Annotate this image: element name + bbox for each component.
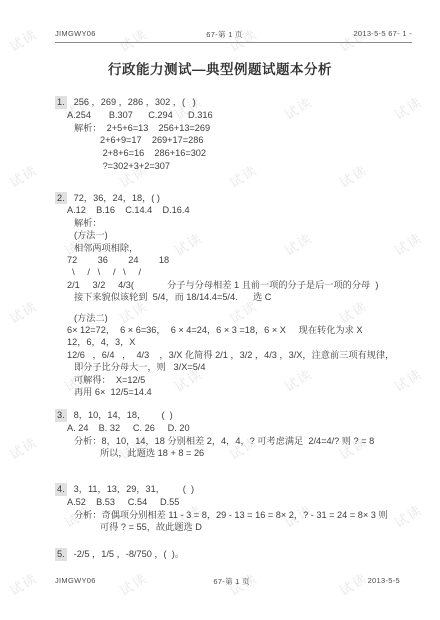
- solution-line: 分析：奇偶项分别相差 11 - 3 = 8，29 - 13 = 16 = 8× …: [55, 509, 415, 522]
- solution-line: (方法二): [55, 312, 415, 324]
- watermark: 试读: [5, 159, 41, 191]
- watermark: 试读: [5, 23, 41, 55]
- answer-options: A.12 B.16 C.14.4 D.16.4: [55, 204, 415, 216]
- problem-3: 3.8，10，14，18， ( ) A. 24 B. 32 C. 26 D. 2…: [55, 409, 415, 460]
- problem-1: 1.256 ，269 ，286 ，302 ，( ) A.254 B.307 C.…: [55, 96, 415, 173]
- problem-question: 4.3，11，13，29，31， ( ): [55, 483, 415, 496]
- solution-line: 72 36 24 18: [55, 254, 415, 266]
- question-sequence: 256 ，269 ，286 ，302 ，( ): [74, 97, 196, 107]
- footer-page-number: 67-第 1 页: [213, 576, 250, 587]
- problem-question: 5.-2/5 ，1/5 ，-8/750 ，( )。: [55, 548, 415, 561]
- solution-line: (方法一): [55, 229, 415, 241]
- solution-line: 再用 6× 12/5=14.4: [55, 386, 415, 398]
- header-page-number: 67-第 1 页: [206, 29, 243, 40]
- solution-line: 2+6+9=17 269+17=286: [55, 134, 415, 147]
- solution-line: 接下来貌似该轮到 5/4，而 18/14.4=5/4. 选 C: [55, 291, 415, 303]
- problem-question: 2.72，36，24，18，( ): [55, 192, 415, 204]
- solution-line: 6× 12=72， 6 × 6=36， 6 × 4=24，6 × 3 =18，6…: [55, 324, 415, 336]
- document-page: 试读 试读 试读 试读 试读 试读 试读 试读 试读 试读 试读 试读 试读 试…: [0, 0, 440, 620]
- header-date: 2013-5-5 67- 1 -: [353, 29, 412, 40]
- problem-number: 4.: [55, 483, 67, 496]
- footer-date: 2013-5-5: [368, 576, 400, 587]
- answer-options: A.254 B.307 C.294 D.316: [55, 109, 415, 122]
- question-sequence: 8，10，14，18， ( ): [74, 410, 173, 420]
- solution-line: 12/6 ，6/4 ， 4/3 ，3/X 化简得 2/1 ，3/2 ，4/3 ，…: [55, 349, 415, 361]
- problem-number: 5.: [55, 548, 67, 561]
- problem-question: 1.256 ，269 ，286 ，302 ，( ): [55, 96, 415, 109]
- question-sequence: -2/5 ，1/5 ，-8/750 ，( )。: [74, 549, 184, 559]
- watermark: 试读: [5, 431, 41, 463]
- problem-4: 4.3，11，13，29，31， ( ) A.52 B.53 C.54 D.55…: [55, 483, 415, 534]
- solution-line: 可得 ? = 55，故此题选 D: [55, 521, 415, 534]
- solution-line: 相邻两项相除，: [55, 242, 415, 254]
- solution-line: 分析：8，10，14，18 分别相差 2，4，4，? 可考虑满足 2/4=4/?…: [55, 435, 415, 448]
- problem-number: 2.: [55, 192, 67, 204]
- problem-5: 5.-2/5 ，1/5 ，-8/750 ，( )。: [55, 548, 415, 561]
- page-title: 行政能力测试—典型例题试题本分析: [0, 58, 440, 78]
- question-sequence: 72，36，24，18，( ): [74, 193, 160, 203]
- watermark: 试读: [5, 567, 41, 599]
- solution-line: 2+8+6=16 286+16=302: [55, 147, 415, 160]
- solution-line: ?=302+3+2=307: [55, 160, 415, 173]
- problem-number: 1.: [55, 96, 67, 109]
- page-footer: JIMGWY06 67-第 1 页 2013-5-5: [55, 576, 400, 587]
- header-doc-code: JIMGWY06: [55, 29, 96, 40]
- solution-line: \ / \ / \ /: [55, 266, 415, 278]
- solution-line: 解析：: [55, 217, 415, 229]
- problem-number: 3.: [55, 409, 67, 422]
- watermark: 试读: [5, 295, 41, 327]
- solution-line: 即分子比分母大一，则 3/X=5/4: [55, 361, 415, 373]
- answer-options: A.52 B.53 C.54 D.55: [55, 496, 415, 509]
- solution-line: 解析： 2+5+6=13 256+13=269: [55, 122, 415, 135]
- solution-line: 所以，此题选 18 + 8 = 26: [55, 447, 415, 460]
- problem-question: 3.8，10，14，18， ( ): [55, 409, 415, 422]
- page-header: JIMGWY06 67-第 1 页 2013-5-5 67- 1 -: [55, 29, 412, 40]
- solution-line: 可解得： X=12/5: [55, 374, 415, 386]
- question-sequence: 3，11，13，29，31， ( ): [74, 484, 194, 494]
- answer-options: A. 24 B. 32 C. 26 D. 20: [55, 422, 415, 435]
- problem-2: 2.72，36，24，18，( ) A.12 B.16 C.14.4 D.16.…: [55, 192, 415, 399]
- solution-line: 12，6，4，3，X: [55, 336, 415, 348]
- footer-doc-code: JIMGWY06: [55, 576, 96, 587]
- header-rule: [55, 42, 412, 43]
- solution-line: 2/1 3/2 4/3( 分子与分母相差 1 且前一项的分子是后一项的分母 ): [55, 279, 415, 291]
